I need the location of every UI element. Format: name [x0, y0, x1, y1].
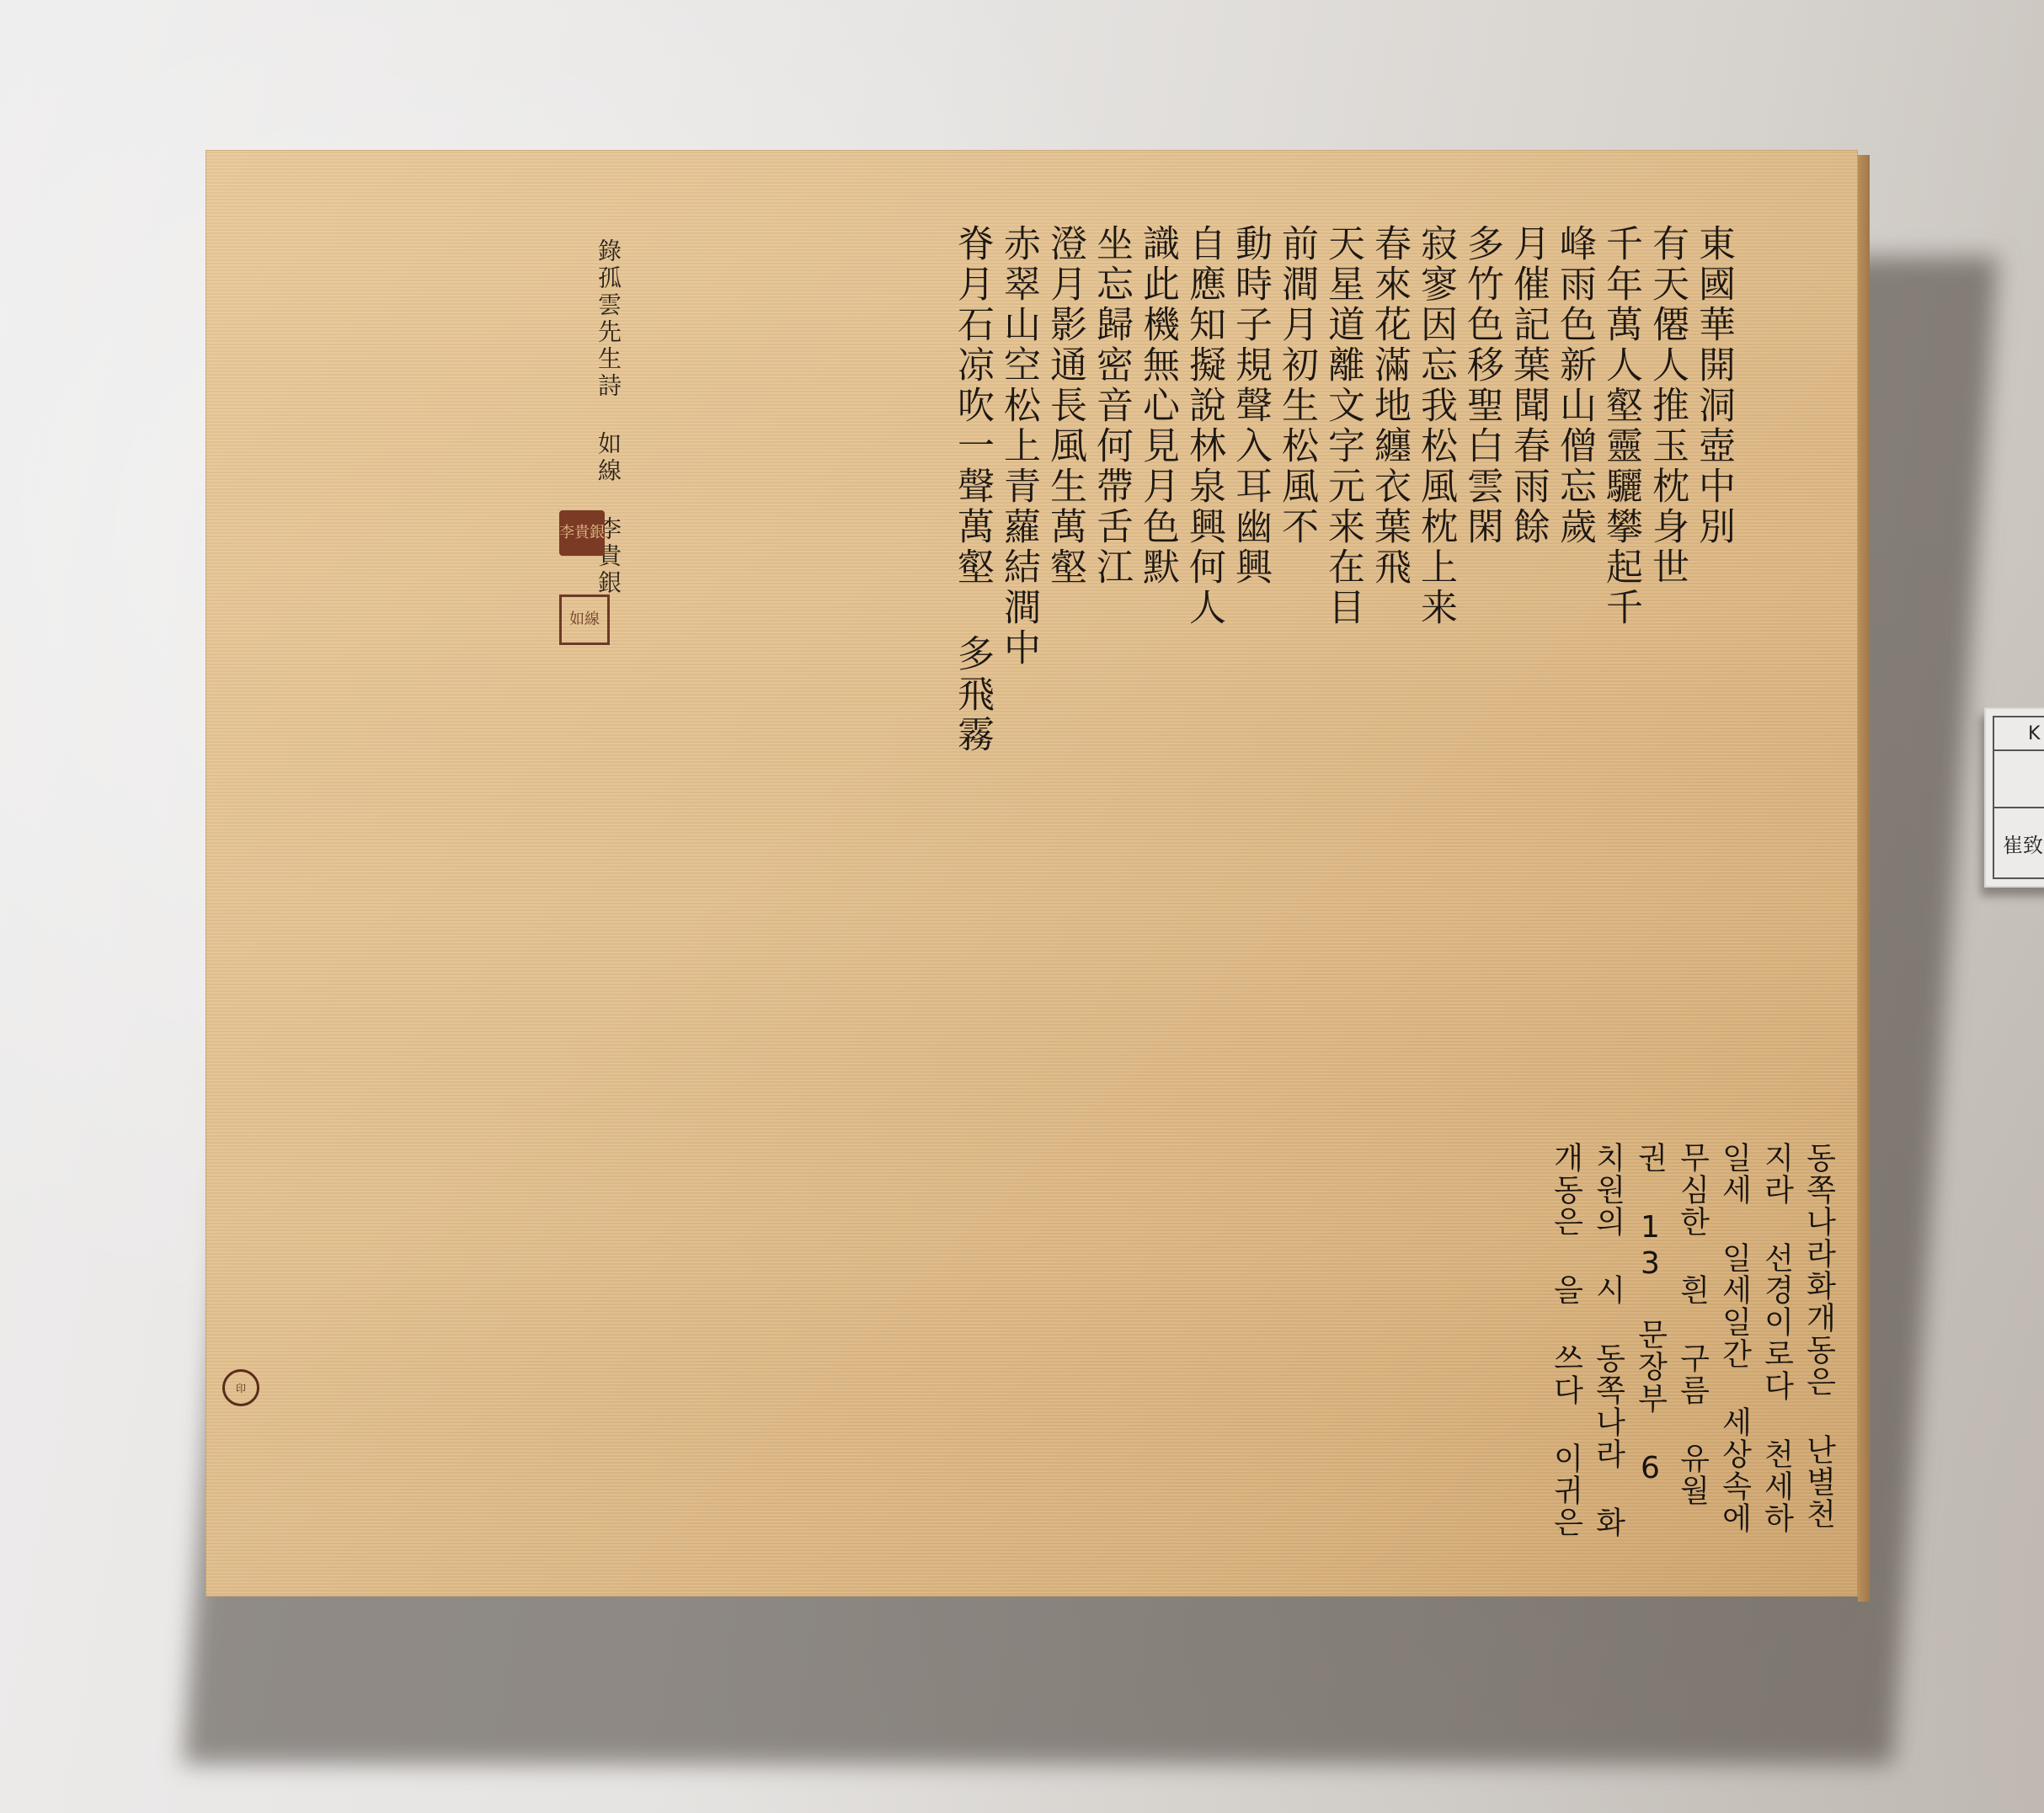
hanja-column: 春來花滿地纏衣葉飛 [1366, 224, 1412, 588]
label-row-2 [1994, 751, 2044, 808]
hanja-column: 有天僊人推玉枕身世 [1644, 224, 1690, 588]
hanja-column: 多竹色移聖白雲閑 [1459, 224, 1505, 547]
hanja-column: 脊月石凉吹一聲萬壑 [949, 224, 995, 588]
calligraphy-canvas: 東國華開洞壺中別 有天僊人推玉枕身世 千年萬人壑靈驪攀起千 峰雨色新山僧忘歲 月… [205, 150, 1858, 1597]
hanja-poem-block: 東國華開洞壺中別 有天僊人推玉枕身世 千年萬人壑靈驪攀起千 峰雨色新山僧忘歲 月… [608, 224, 1737, 763]
hanja-column: 寂寥因忘我松風枕上来 [1412, 224, 1459, 628]
hanja-column: 東國華開洞壺中別 [1690, 224, 1737, 547]
hanja-column: 多飛霧 [949, 634, 995, 755]
hanja-column: 識此機無心見月色默 [1134, 224, 1181, 588]
hanja-column: 月催記葉聞春雨餘 [1505, 224, 1551, 547]
round-seal-icon: 印 [222, 1369, 259, 1406]
canvas-side-edge [1858, 155, 1870, 1602]
label-row-1: K [1994, 717, 2044, 751]
label-artist-name: 崔致遠 [1994, 808, 2044, 877]
hanja-column: 動時子規聲入耳幽興 [1227, 224, 1273, 588]
hanja-column: 前澗月初生松風不 [1273, 224, 1320, 547]
hanja-column: 天星道離文字元来在目 [1320, 224, 1366, 628]
hangul-translation-block: 동쪽나라화개동은 난별천지라 선경이로다 천세하일세 일세일간 세상속에 무심한… [248, 1142, 1839, 1546]
outline-seal-icon: 如線 [559, 595, 610, 645]
hanja-column: 赤翠山空松上青蘿結澗中 [995, 224, 1042, 669]
hanja-column: 千年萬人壑靈驪攀起千 [1598, 224, 1644, 628]
hanja-column: 坐忘歸密音何帶舌江 [1088, 224, 1134, 588]
hanja-column: 峰雨色新山僧忘歲 [1551, 224, 1598, 547]
hanja-column: 澄月影通長風生萬壑 [1042, 224, 1088, 588]
artwork-label-card: K 崔致遠 [1984, 707, 2044, 888]
red-seal-icon: 李貴銀 [559, 510, 605, 556]
hanja-column: 自應知擬說林泉興何人 [1181, 224, 1227, 628]
